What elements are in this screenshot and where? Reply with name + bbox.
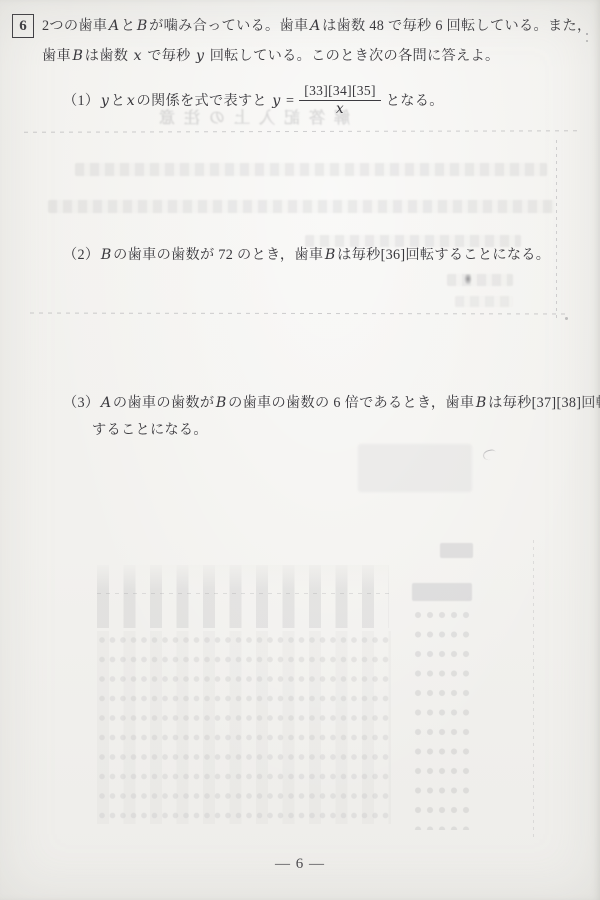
fraction: [33][34][35] x [299, 83, 381, 117]
ghost-answer-sheet-stripes [97, 565, 389, 628]
question-3-line-2: することになる。 [92, 419, 208, 439]
question-3-line-1: （3）Aの歯車の歯数がBの歯車の歯数の 6 倍であるとき，歯車Bは毎秒[37][… [63, 392, 600, 412]
ghost-answer-sheet-bubbles-right [412, 606, 473, 830]
scan-speck [565, 317, 568, 320]
ghost-dotted-line-stripes [97, 593, 389, 594]
question-1: （1）yとxの関係を式で表すと y = [33][34][35] x となる。 [63, 81, 444, 119]
ghost-dotted-line-bottom [30, 313, 570, 315]
page-number: — 6 — [0, 856, 600, 873]
fraction-denominator: x [335, 101, 346, 118]
ghost-text-bar [75, 163, 547, 176]
ghost-dotted-line-top [24, 130, 580, 133]
question-2: （2）Bの歯車の歯数が 72 のとき，歯車Bは毎秒[36]回転することになる。 [63, 244, 550, 264]
fraction-numerator: [33][34][35] [299, 83, 381, 101]
ghost-text-bar [455, 296, 513, 307]
exam-page: 解答記入上の注意 6 2つの歯車AとBが噛み合っている。歯車Aは歯数 48 で毎… [0, 0, 600, 900]
ghost-answer-sheet-chip [440, 543, 473, 558]
ghost-answer-sheet-header [412, 583, 472, 601]
ghost-answer-sheet-bubbles [97, 631, 391, 824]
ghost-dotted-edge-lower [533, 540, 534, 840]
ghost-rectangle [358, 444, 472, 492]
problem-intro-line-2: 歯車Bは歯数 x で毎秒 y 回転している。このとき次の各問に答えよ。 [42, 45, 499, 65]
ghost-text-bar [48, 200, 554, 213]
ghost-dotted-edge-upper [556, 140, 557, 318]
ghost-text-bar [447, 274, 513, 286]
problem-number-box: 6 [12, 14, 34, 38]
pencil-smudge [464, 274, 472, 285]
pencil-mark [482, 449, 497, 461]
question-1-suffix: となる。 [386, 90, 444, 110]
problem-intro-line-1: 2つの歯車AとBが噛み合っている。歯車Aは歯数 48 で毎秒 6 回転している。… [42, 15, 591, 35]
question-1-prefix: （1）yとxの関係を式で表すと y = [63, 90, 294, 110]
